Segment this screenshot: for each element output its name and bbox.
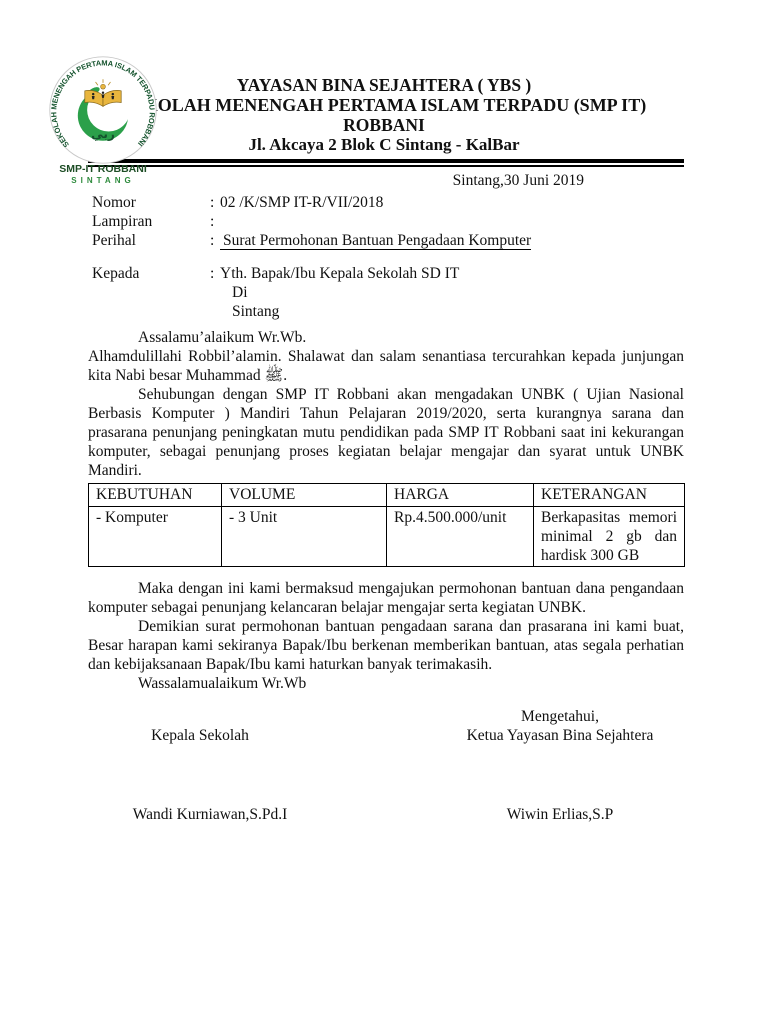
paragraph-3: Maka dengan ini kami bermaksud mengajuka… (88, 579, 684, 617)
recipient-row: Kepada : Yth. Bapak/Ibu Kepala Sekolah S… (88, 264, 684, 283)
perihal-separator: : (210, 231, 220, 250)
letter-meta: Nomor : 02 /K/SMP IT-R/VII/2018 Lampiran… (88, 193, 684, 250)
header-kebutuhan: KEBUTUHAN (89, 484, 222, 507)
header-harga: HARGA (387, 484, 534, 507)
letter-page: SEKOLAH MENENGAH PERTAMA ISLAM TERPADU R… (0, 0, 768, 1024)
closing-salutation: Wassalamualaikum Wr.Wb (88, 674, 684, 693)
logo-city-name: SINTANG (44, 176, 162, 186)
cell-keterangan: Berkapasitas memori minimal 2 gb dan har… (534, 507, 685, 567)
mengetahui-heading: Mengetahui, (440, 707, 680, 726)
divider-thin-line (88, 165, 684, 167)
perihal-label: Perihal (88, 231, 210, 250)
lampiran-separator: : (210, 212, 220, 231)
letter-body: Sintang,30 Juni 2019 Nomor : 02 /K/SMP I… (88, 171, 684, 832)
left-signer-name: Wandi Kurniawan,S.Pd.I (100, 805, 320, 824)
letterhead-divider (88, 159, 684, 167)
header-keterangan: KETERANGAN (534, 484, 685, 507)
requirements-table: KEBUTUHAN VOLUME HARGA KETERANGAN - Komp… (88, 483, 685, 567)
meta-row-lampiran: Lampiran : (88, 212, 684, 231)
paragraph-1: Alhamdulillahi Robbil’alamin. Shalawat d… (88, 347, 684, 385)
meta-row-nomor: Nomor : 02 /K/SMP IT-R/VII/2018 (88, 193, 684, 212)
logo-school-name: SMP-IT ROBBANI (44, 164, 162, 175)
meta-row-perihal: Perihal : Surat Permohonan Bantuan Penga… (88, 231, 684, 250)
recipient-block: Kepada : Yth. Bapak/Ibu Kepala Sekolah S… (88, 264, 684, 321)
date-line: Sintang,30 Juni 2019 (88, 171, 684, 190)
recipient-di: Di (88, 283, 684, 302)
recipient-name: Yth. Bapak/Ibu Kepala Sekolah SD IT (220, 264, 684, 283)
seal-arabic-text: ربي (91, 127, 115, 141)
school-seal-icon: SEKOLAH MENENGAH PERTAMA ISLAM TERPADU R… (47, 54, 159, 166)
kepada-separator: : (210, 264, 220, 283)
lampiran-value (220, 212, 684, 231)
left-signer-title: Kepala Sekolah (95, 726, 305, 745)
right-signer-title: Ketua Yayasan Bina Sejahtera (440, 726, 680, 745)
lampiran-label: Lampiran (88, 212, 210, 231)
sun-icon (101, 84, 106, 89)
right-signer-name: Wiwin Erlias,S.P (440, 805, 680, 824)
paragraph-4: Demikian surat permohonan bantuan pengad… (88, 617, 684, 674)
cell-volume: - 3 Unit (222, 507, 387, 567)
paragraph-2: Sehubungan dengan SMP IT Robbani akan me… (88, 385, 684, 480)
nomor-value: 02 /K/SMP IT-R/VII/2018 (220, 193, 684, 212)
recipient-city: Sintang (88, 302, 684, 321)
cell-kebutuhan: - Komputer (89, 507, 222, 567)
cell-harga: Rp.4.500.000/unit (387, 507, 534, 567)
signature-block: Mengetahui, Kepala Sekolah Ketua Yayasan… (88, 707, 684, 832)
table-row: - Komputer - 3 Unit Rp.4.500.000/unit Be… (89, 507, 685, 567)
table-header-row: KEBUTUHAN VOLUME HARGA KETERANGAN (89, 484, 685, 507)
opening-salutation: Assalamu’alaikum Wr.Wb. (88, 328, 684, 347)
nomor-label: Nomor (88, 193, 210, 212)
perihal-value: Surat Permohonan Bantuan Pengadaan Kompu… (220, 232, 531, 250)
kepada-label: Kepada (88, 264, 210, 283)
header-volume: VOLUME (222, 484, 387, 507)
school-logo: SEKOLAH MENENGAH PERTAMA ISLAM TERPADU R… (44, 54, 162, 186)
nomor-separator: : (210, 193, 220, 212)
